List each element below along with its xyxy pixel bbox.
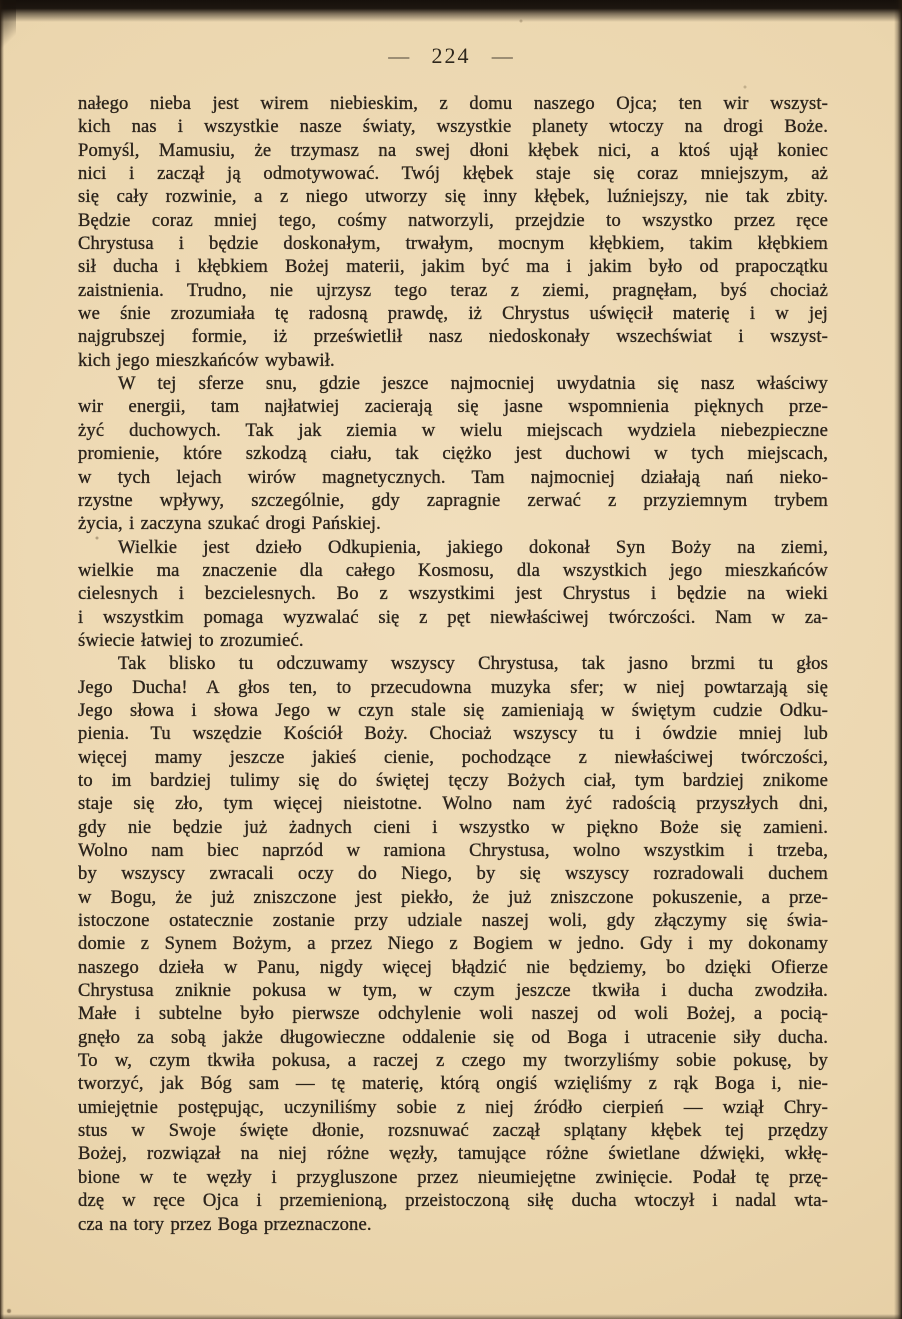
text-line: tworzyć, jak Bóg sam — tę materię, którą… <box>78 1072 828 1095</box>
text-line: we śnie zrozumiała tę radosną prawdę, iż… <box>78 302 828 325</box>
text-line: nici i zaczął ją odmotywować. Twój kłębe… <box>78 162 828 185</box>
text-line: umiejętnie postępując, uczyniliśmy sobie… <box>78 1096 828 1119</box>
header-dash-right: — <box>492 44 514 68</box>
text-line: Chrystusa i będzie doskonałym, trwałym, … <box>78 232 828 255</box>
text-line: to im bardziej tulimy się do świętej tęc… <box>78 769 828 792</box>
scan-edge-left <box>0 0 4 1319</box>
paragraph: nałego nieba jest wirem niebieskim, z do… <box>78 92 828 372</box>
text-line: Jego słowa i słowa Jego w czyn stale się… <box>78 699 828 722</box>
paragraph: Wielkie jest dzieło Odkupienia, jakiego … <box>78 536 828 653</box>
header-dash-left: — <box>388 44 410 68</box>
text-line: bione w te węzły i przygluszone przez ni… <box>78 1166 828 1189</box>
text-line: Jego Ducha! A głos ten, to przecudowna m… <box>78 676 828 699</box>
text-line: pienia. Tu wszędzie Kościół Boży. Chocia… <box>78 722 828 745</box>
text-line: najgrubszej formie, iż prześwietlił nasz… <box>78 325 828 348</box>
text-line: Małe i subtelne było pierwsze odchylenie… <box>78 1002 828 1025</box>
scan-edge-right <box>894 0 902 1319</box>
text-line: sił ducha i kłębkiem Bożej materii, jaki… <box>78 255 828 278</box>
text-line: istoczone ostatecznie zostanie przy udzi… <box>78 909 828 932</box>
text-line: życia, i zaczyna szukać drogi Pańskiej. <box>78 512 828 535</box>
text-line: cza na tory przez Boga przeznaczone. <box>78 1213 828 1236</box>
running-head: — 224 — <box>76 42 826 70</box>
text-line: się cały rozwinie, a z niego utworzy się… <box>78 185 828 208</box>
text-line: staje się zło, tym więcej nieistotne. Wo… <box>78 792 828 815</box>
text-line: i wszystkim pomaga wyzwalać się z pęt ni… <box>78 606 828 629</box>
scanned-book-page: — 224 — nałego nieba jest wirem niebiesk… <box>0 0 902 1319</box>
scan-corner-smudge <box>0 0 16 52</box>
text-line: stus w Swoje święte dłonie, rozsnuwać za… <box>78 1119 828 1142</box>
text-line: naszego dzieła w Panu, nigdy więcej błąd… <box>78 956 828 979</box>
text-line: Wolno nam biec naprzód w ramiona Chrystu… <box>78 839 828 862</box>
scan-edge-top <box>0 0 902 22</box>
text-line: nałego nieba jest wirem niebieskim, z do… <box>78 92 828 115</box>
text-line: Pomyśl, Mamusiu, że trzymasz na swej dło… <box>78 139 828 162</box>
text-line: zaistnienia. Trudno, nie ujrzysz tego te… <box>78 279 828 302</box>
text-line: Tak blisko tu odczuwamy wszyscy Chrystus… <box>78 652 828 675</box>
text-line: więcej mamy jeszcze jakieś cienie, pocho… <box>78 746 828 769</box>
text-line: w Bogu, że już zniszczone jest piekło, ż… <box>78 886 828 909</box>
text-line: Chrystusa zniknie pokusa w tym, w czym j… <box>78 979 828 1002</box>
text-line: wir energii, tam najłatwiej zacierają si… <box>78 395 828 418</box>
text-line: W tej sferze snu, gdzie jeszce najmocnie… <box>78 372 828 395</box>
text-line: kich jego mieszkańców wybawił. <box>78 349 828 372</box>
page-number: 224 <box>432 42 471 70</box>
text-line: żyć duchowych. Tak jak ziemia w wielu mi… <box>78 419 828 442</box>
text-line: świecie łatwiej to zrozumieć. <box>78 629 828 652</box>
text-line: wielkie ma znaczenie dla całego Kosmosu,… <box>78 559 828 582</box>
text-line: Będzie coraz mniej tego, cośmy natworzyl… <box>78 209 828 232</box>
text-line: by wszyscy zwracali oczy do Niego, by si… <box>78 862 828 885</box>
text-line: cielesnych i bezcielesnych. Bo z wszystk… <box>78 582 828 605</box>
text-line: domie z Synem Bożym, a przez Niego z Bog… <box>78 932 828 955</box>
text-line: To w, czym tkwiła pokusa, a raczej z cze… <box>78 1049 828 1072</box>
text-line: rzystne wpływy, szczególnie, gdy zapragn… <box>78 489 828 512</box>
text-line: gdy nie będzie już żadnych cieni i wszys… <box>78 816 828 839</box>
scan-edge-bottom <box>0 1314 902 1319</box>
text-line: w tych lejach wirów magnetycznych. Tam n… <box>78 466 828 489</box>
text-line: Wielkie jest dzieło Odkupienia, jakiego … <box>78 536 828 559</box>
paragraph: W tej sferze snu, gdzie jeszce najmocnie… <box>78 372 828 535</box>
text-line: dzę w ręce Ojca i przemienioną, przeisto… <box>78 1189 828 1212</box>
paragraph: Tak blisko tu odczuwamy wszyscy Chrystus… <box>78 652 828 1236</box>
text-line: promienie, które szkodzą ciału, tak cięż… <box>78 442 828 465</box>
text-line: kich nas i wszystkie nasze światy, wszys… <box>78 115 828 138</box>
page-body: nałego nieba jest wirem niebieskim, z do… <box>78 92 828 1236</box>
text-line: Bożej, rozwiązał na niej różne węzły, ta… <box>78 1142 828 1165</box>
text-line: gnęło za sobą jakże długowieczne oddalen… <box>78 1026 828 1049</box>
paper-specks <box>0 0 2 2</box>
